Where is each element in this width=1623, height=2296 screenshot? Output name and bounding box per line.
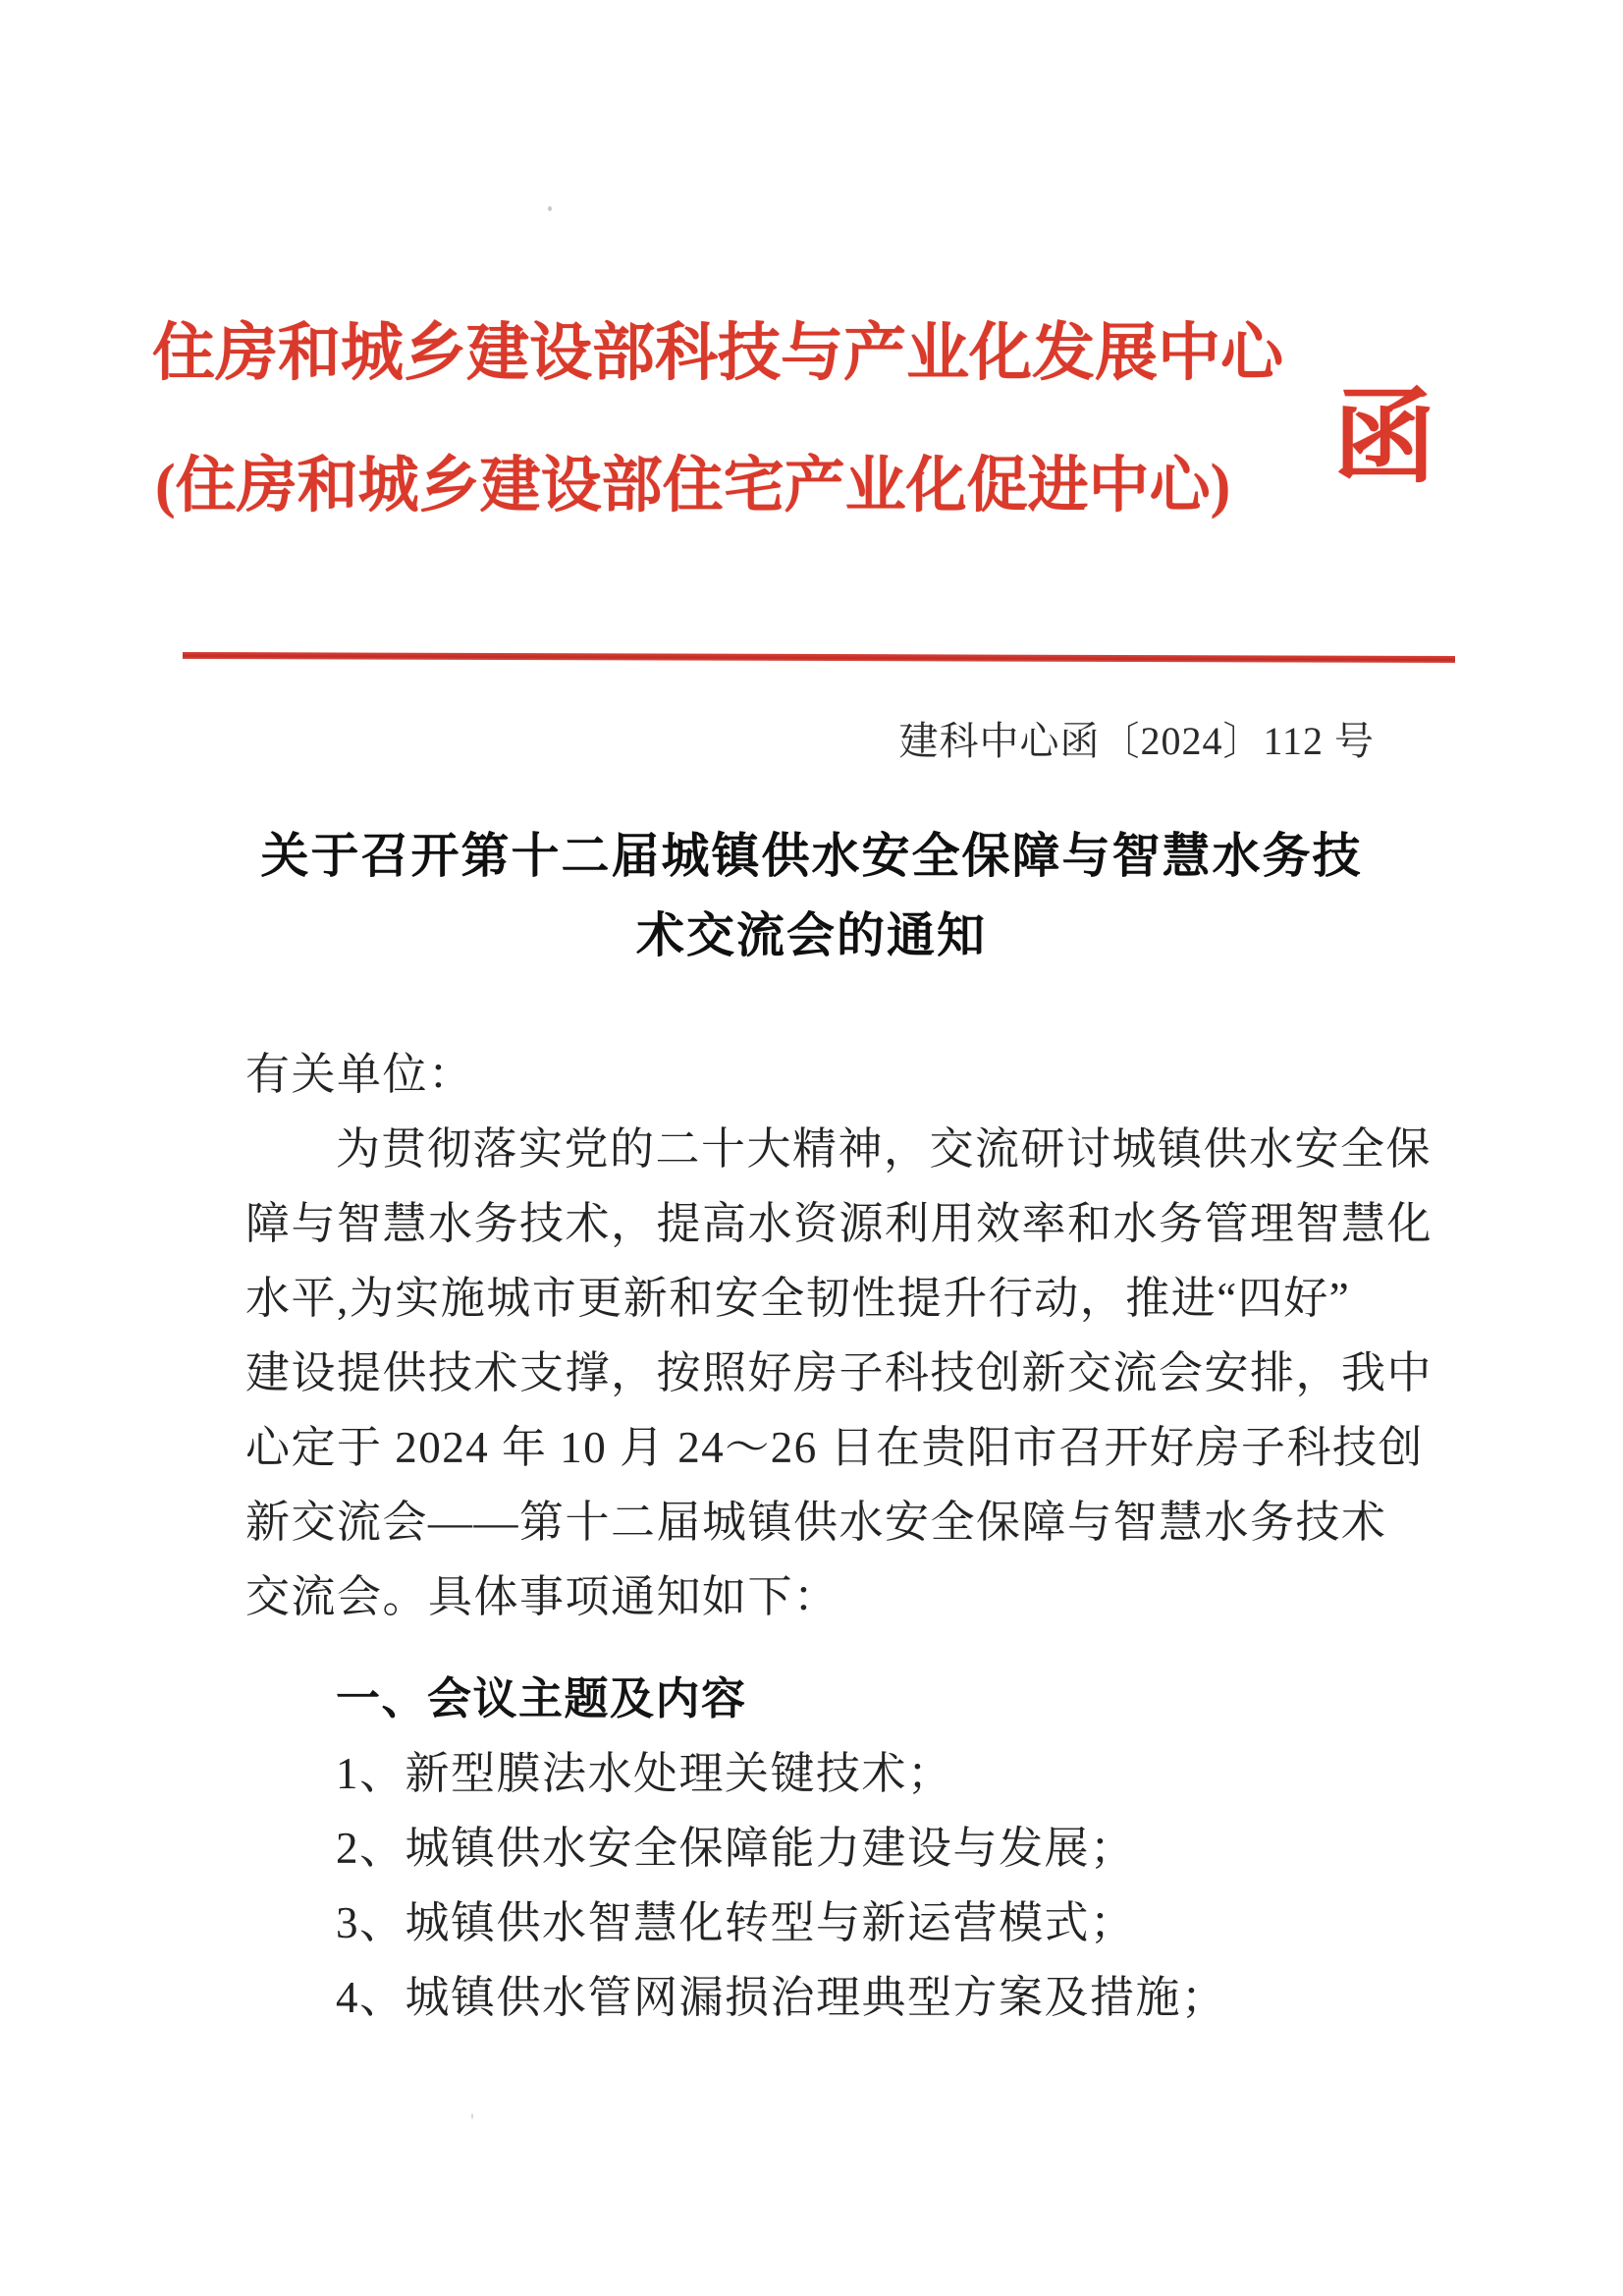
paragraph-line: 水平,为实施城市更新和安全韧性提升行动，推进“四好”: [245, 1261, 1438, 1336]
letterhead-org-name-line2: (住房和城乡建设部住宅产业化促进中心): [155, 442, 1353, 530]
paragraph-line: 新交流会——第十二届城镇供水安全保障与智慧水务技术: [245, 1485, 1438, 1559]
list-item-4: 4、城镇供水管网漏损治理典型方案及措施；: [245, 1960, 1438, 2035]
list-item-3: 3、城镇供水智慧化转型与新运营模式；: [245, 1886, 1438, 1960]
list-item-1: 1、新型膜法水处理关键技术；: [245, 1736, 1438, 1811]
paragraph-line: 心定于 2024 年 10 月 24～26 日在贵阳市召开好房子科技创: [245, 1410, 1438, 1485]
paragraph-line: 建设提供技术支撑，按照好房子科技创新交流会安排，我中: [245, 1336, 1438, 1410]
letterhead-divider-rule: [183, 652, 1455, 663]
notice-title: 关于召开第十二届城镇供水安全保障与智慧水务技 术交流会的通知: [0, 817, 1623, 976]
list-item-2: 2、城镇供水安全保障能力建设与发展；: [245, 1811, 1438, 1886]
letterhead-doc-type-char: 函: [1333, 385, 1435, 493]
paragraph-line: 为贯彻落实党的二十大精神，交流研讨城镇供水安全保: [245, 1112, 1438, 1186]
document-reference-number: 建科中心函〔2024〕112 号: [898, 717, 1375, 766]
document-page: 住房和城乡建设部科技与产业化发展中心 (住房和城乡建设部住宅产业化促进中心) 函…: [0, 0, 1623, 2296]
paragraph-line: 障与智慧水务技术，提高水资源利用效率和水务管理智慧化: [245, 1186, 1438, 1261]
scan-speck: [548, 206, 552, 211]
salutation: 有关单位：: [245, 1037, 1438, 1112]
paragraph-line: 交流会。具体事项通知如下：: [245, 1559, 1438, 1634]
letterhead-org-name-line1: 住房和城乡建设部科技与产业化发展中心: [152, 309, 1330, 398]
notice-body: 有关单位： 为贯彻落实党的二十大精神，交流研讨城镇供水安全保 障与智慧水务技术，…: [245, 1037, 1438, 2035]
notice-title-line2: 术交流会的通知: [0, 897, 1623, 976]
scan-speck: [471, 2113, 473, 2119]
notice-title-line1: 关于召开第十二届城镇供水安全保障与智慧水务技: [0, 817, 1623, 897]
section-heading-meeting-topics: 一、会议主题及内容: [245, 1662, 1438, 1736]
